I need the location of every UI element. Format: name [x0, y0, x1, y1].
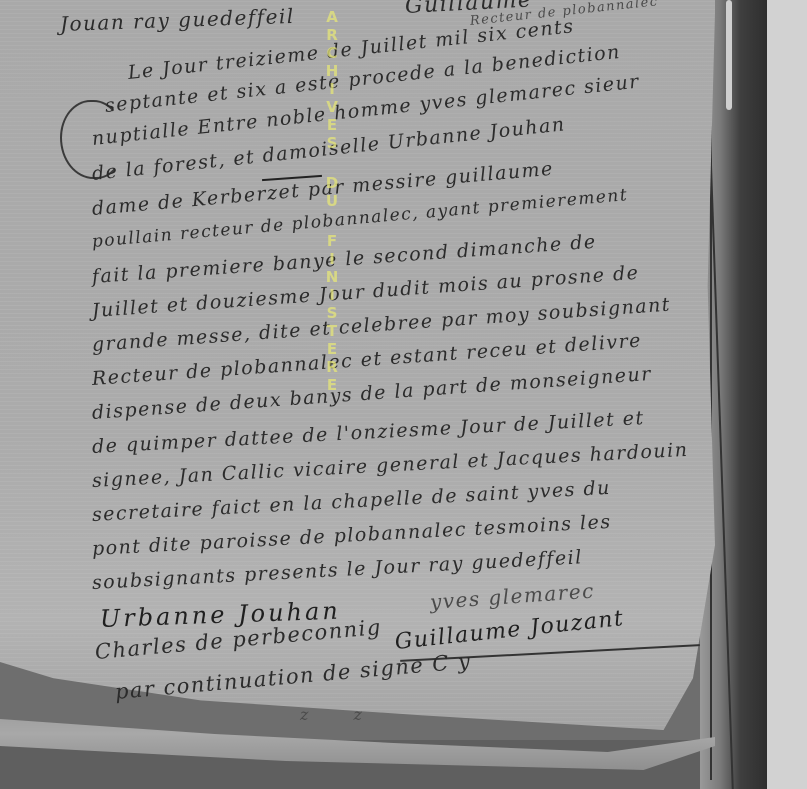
watermark-letter: S [327, 136, 338, 154]
watermark-letter: U [326, 194, 338, 212]
watermark-letter: E [327, 378, 337, 396]
viewer-side-panel [767, 0, 807, 789]
archive-watermark: A R C H I V E S D U F I N I S T E R E [322, 10, 342, 396]
curl-highlight [726, 0, 732, 110]
footer-marks: z z [300, 705, 382, 724]
scan-viewport: Jouan ray guedeffeil Guillaume Recteur d… [0, 0, 767, 789]
